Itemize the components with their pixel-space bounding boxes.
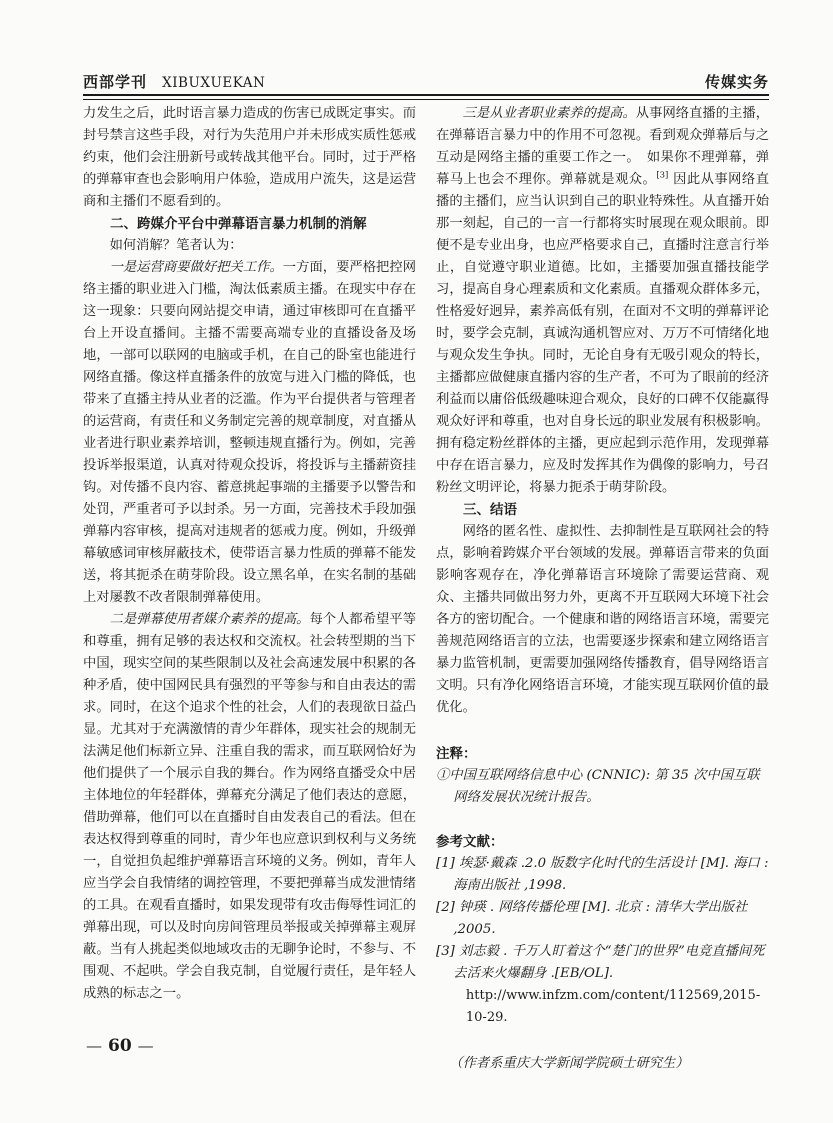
paragraph: 如何消解？笔者认为： xyxy=(83,235,416,257)
page-header: 西部学刊 XIBUXUEKAN 传媒实务 xyxy=(83,72,769,93)
paragraph-lead-phrase: 二是弹幕使用者媒介素养的提高。 xyxy=(110,612,310,627)
journal-title: 西部学刊 xyxy=(83,73,147,91)
header-left: 西部学刊 XIBUXUEKAN xyxy=(83,72,265,93)
page-footer: —60— xyxy=(86,1035,154,1057)
header-rule xyxy=(83,94,769,100)
journal-page: 西部学刊 XIBUXUEKAN 传媒实务 力发生之后，此时语言暴力造成的伤害已成… xyxy=(0,0,833,1123)
paragraph: 网络的匿名性、虚拟性、去抑制性是互联网社会的特点，影响着跨媒介平台领域的发展。弹… xyxy=(436,521,769,719)
note-item: ①中国互联网络信息中心 (CNNIC): 第 35 次中国互联网络发展状况统计报… xyxy=(436,765,769,809)
section-label: 传媒实务 xyxy=(705,73,769,91)
paragraph-text: 每个人都希望平等和尊重，拥有足够的表达权和交流权。社会转型期的当下中国，现实空间… xyxy=(83,612,416,1001)
reference-item: [1] 埃瑟·戴森 .2.0 版数字化时代的生活设计 [M]. 海口 : 海南出… xyxy=(436,853,769,897)
section-heading-3: 三、结语 xyxy=(436,499,769,521)
paragraph-lead-phrase: 一是运营商要做好把关工作。 xyxy=(110,260,283,275)
paragraph-lead-phrase: 三是从业者职业素养的提高。 xyxy=(463,106,636,121)
author-note: （作者系重庆大学新闻学院硕士研究生） xyxy=(436,1053,769,1075)
paragraph-text: 一方面，要严格把控网络主播的职业进入门槛，淘汰低素质主播。在现实中存在这一现象：… xyxy=(83,260,416,605)
reference-url: http://www.infzm.com/content/112569,2015… xyxy=(436,985,769,1029)
references-heading: 参考文献： xyxy=(436,831,769,853)
notes-heading: 注释： xyxy=(436,743,769,765)
article-body: 力发生之后，此时语言暴力造成的伤害已成既定事实。而封号禁言这些手段，对行为失范用… xyxy=(83,103,769,1075)
citation-marker: [3] xyxy=(656,171,668,181)
left-column: 力发生之后，此时语言暴力造成的伤害已成既定事实。而封号禁言这些手段，对行为失范用… xyxy=(83,103,416,1075)
paragraph-text: 因此从事网络直播的主播们，应当认识到自己的职业特殊性。从直播开始那一刻起，自己的… xyxy=(436,172,769,495)
paragraph: 二是弹幕使用者媒介素养的提高。每个人都希望平等和尊重，拥有足够的表达权和交流权。… xyxy=(83,609,416,1005)
section-heading-2: 二、跨媒介平台中弹幕语言暴力机制的消解 xyxy=(83,213,416,235)
reference-item: [3] 刘志毅 . 千万人盯着这个“楚门的世界”电竞直播间死去活来火爆翻身 .[… xyxy=(436,941,769,985)
journal-title-romanized: XIBUXUEKAN xyxy=(162,75,265,91)
footer-dash: — xyxy=(138,1036,154,1055)
paragraph-continuation: 力发生之后，此时语言暴力造成的伤害已成既定事实。而封号禁言这些手段，对行为失范用… xyxy=(83,103,416,213)
paragraph: 一是运营商要做好把关工作。一方面，要严格把控网络主播的职业进入门槛，淘汰低素质主… xyxy=(83,257,416,609)
footer-dash: — xyxy=(86,1036,102,1055)
page-number: 60 xyxy=(108,1036,132,1056)
right-column: 三是从业者职业素养的提高。从事网络直播的主播，在弹幕语言暴力中的作用不可忽视。看… xyxy=(436,103,769,1075)
reference-item: [2] 钟瑛 . 网络传播伦理 [M]. 北京 : 清华大学出版社 ,2005. xyxy=(436,897,769,941)
header-right: 传媒实务 xyxy=(705,72,769,92)
paragraph: 三是从业者职业素养的提高。从事网络直播的主播，在弹幕语言暴力中的作用不可忽视。看… xyxy=(436,103,769,499)
